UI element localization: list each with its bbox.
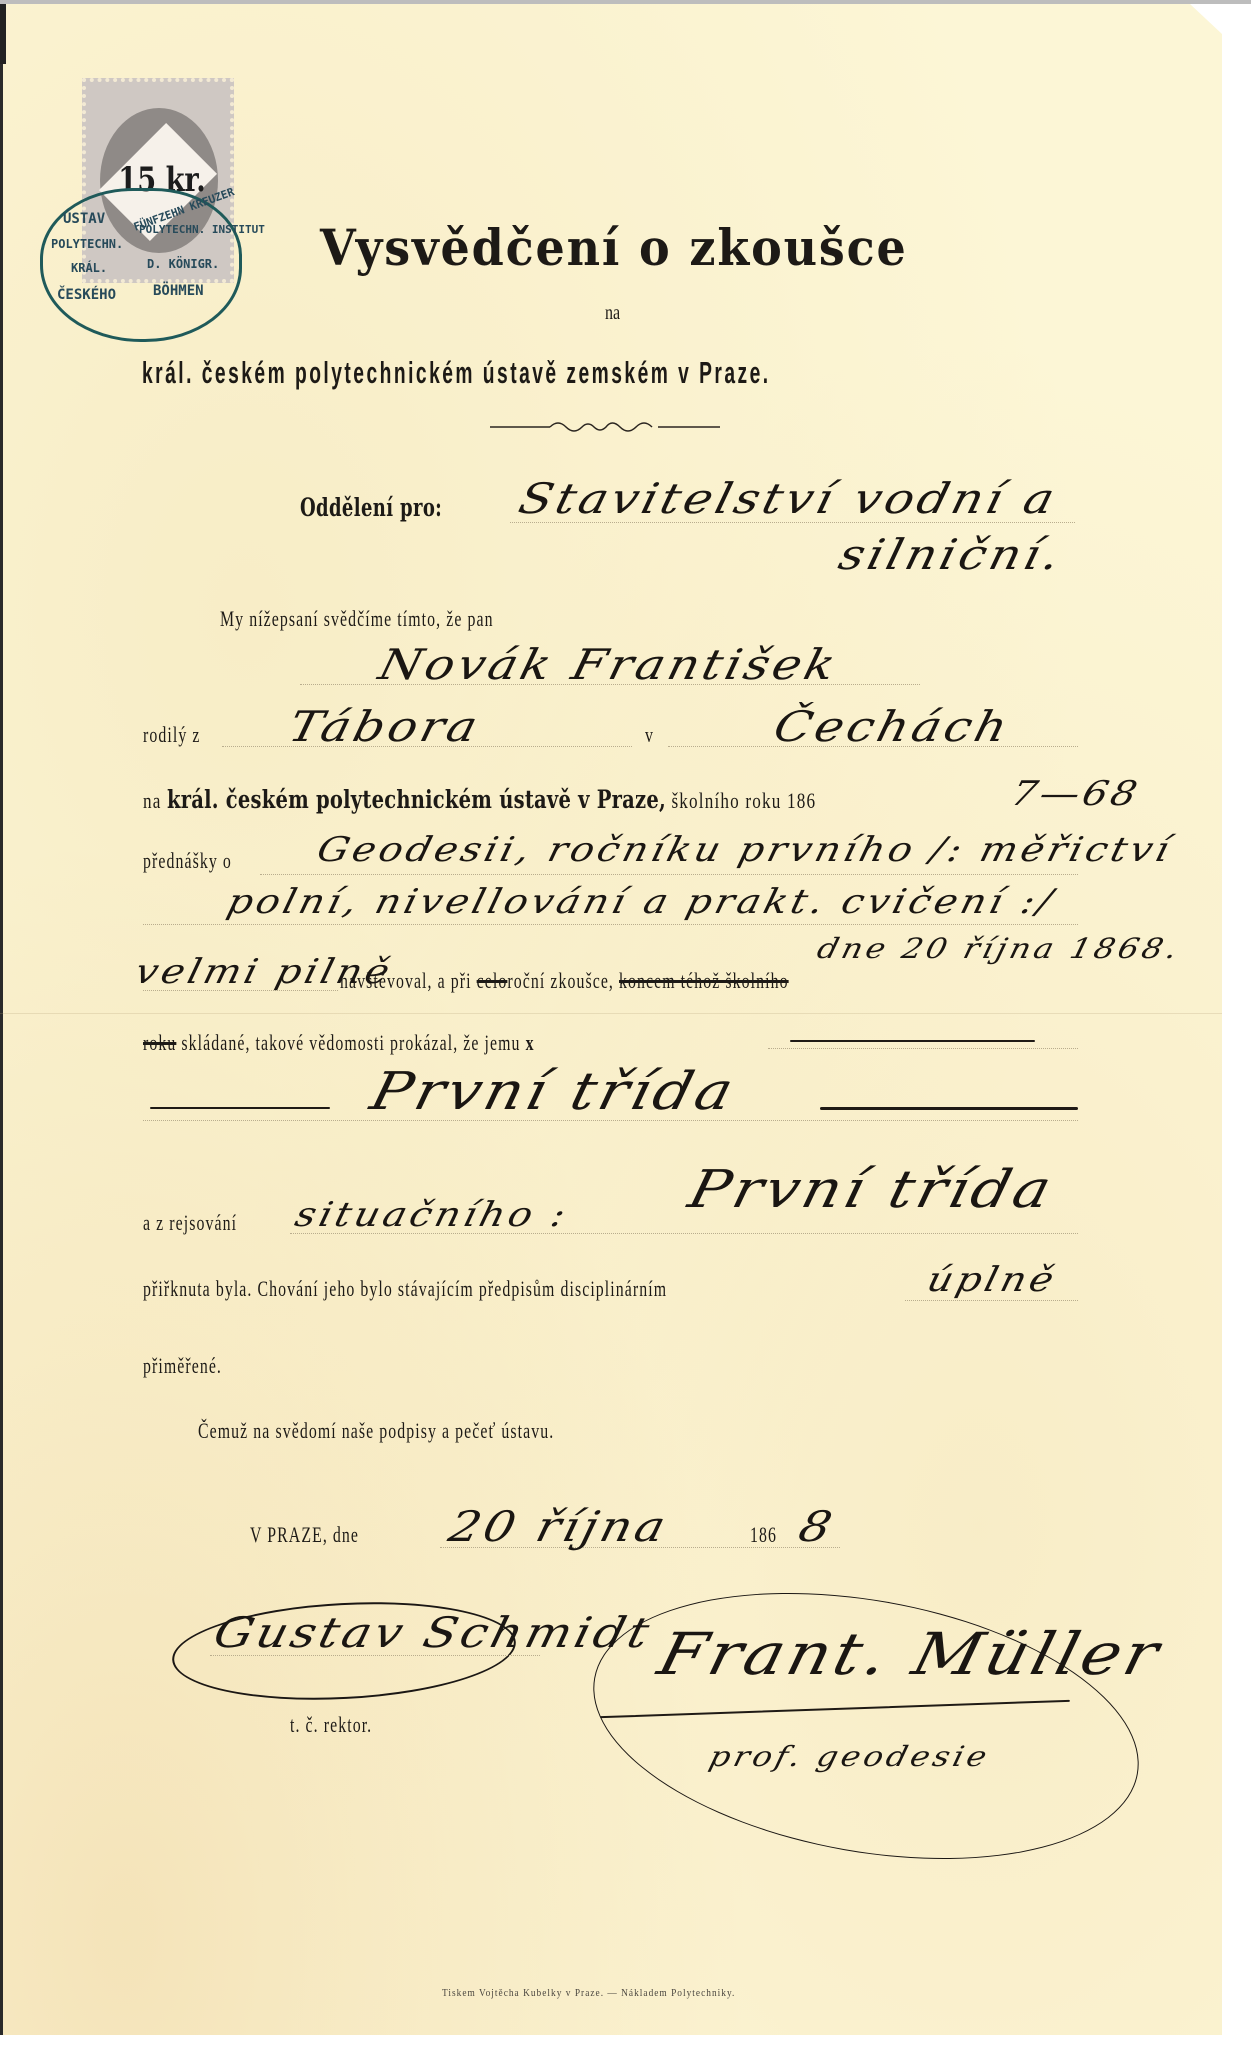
school-year-prefix: na: [143, 788, 162, 813]
attendance-text1: navštěvoval, a při: [340, 968, 472, 993]
birthplace-label: rodilý z: [143, 722, 200, 748]
pen-stroke: [790, 1040, 1035, 1042]
student-name: Novák František: [374, 640, 844, 689]
department-label: Oddělení pro:: [300, 493, 442, 522]
struck-roku: roku: [143, 1030, 176, 1055]
dotted-line: [905, 1300, 1078, 1301]
seal-line: D. KÖNIGR.: [147, 257, 219, 271]
birthplace-connector: v: [645, 722, 654, 748]
seal-line: BÖHMEN: [153, 283, 204, 299]
printer-footer: Tiskem Vojtěcha Kubelky v Praze. — Nákla…: [442, 1987, 735, 1999]
main-grade: První třída: [365, 1062, 743, 1122]
institution-name: král. českém polytechnickém ústavě zemsk…: [142, 355, 771, 391]
pen-stroke: [150, 1107, 330, 1109]
seal-line: ČESKÉHO: [57, 287, 116, 303]
document-title: Vysvědčení o zkoušce: [320, 218, 908, 277]
drawing-grade: První třída: [683, 1160, 1061, 1220]
date-year-prefix: 186: [750, 1522, 777, 1548]
intro-text: My nížepsaní svědčíme tímto, že pan: [220, 606, 494, 632]
conduct-end: přiměřené.: [143, 1353, 222, 1379]
attendance-line: navštěvoval, a při celoroční zkoušce, ko…: [340, 968, 789, 994]
school-year-institution: král. českém polytechnickém ústavě v Pra…: [167, 785, 666, 814]
paper-fold-line: [0, 1013, 1222, 1014]
lectures-line2: polní, nivellování a prakt. cvičení :/: [223, 882, 1060, 922]
pen-stroke: [820, 1107, 1078, 1110]
struck-celo: celo: [477, 968, 508, 993]
knowledge-text: skládané, takové vědomosti prokázal, že …: [181, 1030, 520, 1055]
birthplace-region: Čechách: [769, 702, 1016, 751]
drawing-label: a z rejsování: [143, 1210, 237, 1236]
school-year-label: školního roku 186: [671, 788, 816, 813]
seal-line: ÚSTAV: [63, 211, 105, 227]
exam-date-note: dne 20 října 1868.: [814, 932, 1184, 965]
ornament-divider-icon: [490, 418, 720, 436]
school-year-value: 7—68: [1007, 774, 1144, 814]
closing-text: Čemuž na svědomí naše podpisy a pečeť ús…: [198, 1418, 554, 1444]
rector-title: t. č. rektor.: [290, 1712, 372, 1738]
birthplace-town: Tábora: [284, 702, 486, 751]
signature-professor: Frant. Müller: [652, 1620, 1169, 1688]
seal-line: POLYTECHN.: [51, 237, 123, 251]
conduct-text: přiřknuta byla. Chování jeho bylo stávaj…: [143, 1276, 667, 1302]
seal-line: POLYTECHN. INSTITUT: [139, 223, 265, 236]
professor-title: prof. geodesie: [706, 1740, 994, 1773]
attendance-text2: roční zkoušce,: [507, 968, 614, 993]
title-connector: na: [605, 302, 620, 325]
lectures-label: přednášky o: [143, 848, 232, 874]
dotted-line: [260, 874, 1078, 875]
signature-rector: Gustav Schmidt: [209, 1608, 657, 1657]
scan-left-edge: [0, 4, 6, 64]
conduct-handwritten: úplně: [923, 1260, 1061, 1300]
drawing-subject: situačního :: [291, 1195, 573, 1235]
lectures-line1: Geodesii, ročníku prvního /: měřictví: [313, 830, 1177, 870]
date-handwritten: 20 října: [444, 1502, 674, 1551]
department-value-line1: Stavitelství vodní a: [514, 474, 1063, 523]
institute-seal: ÚSTAV FÜNFZEHN KREUZER POLYTECHN. POLYTE…: [40, 188, 242, 342]
date-label: V PRAZE, dne: [250, 1522, 359, 1548]
dotted-line: [768, 1048, 1078, 1049]
knowledge-line: roku skládané, takové vědomosti prokázal…: [143, 1030, 535, 1056]
scan-top-edge: [0, 0, 1251, 4]
reference-marker: x: [526, 1030, 535, 1055]
school-year-line: na král. českém polytechnickém ústavě v …: [143, 785, 816, 814]
dotted-line: [143, 924, 1078, 925]
struck-tail: koncem téhož školního: [619, 968, 789, 993]
seal-line: KRÁL.: [71, 261, 107, 275]
department-value-line2: silniční.: [834, 530, 1068, 579]
